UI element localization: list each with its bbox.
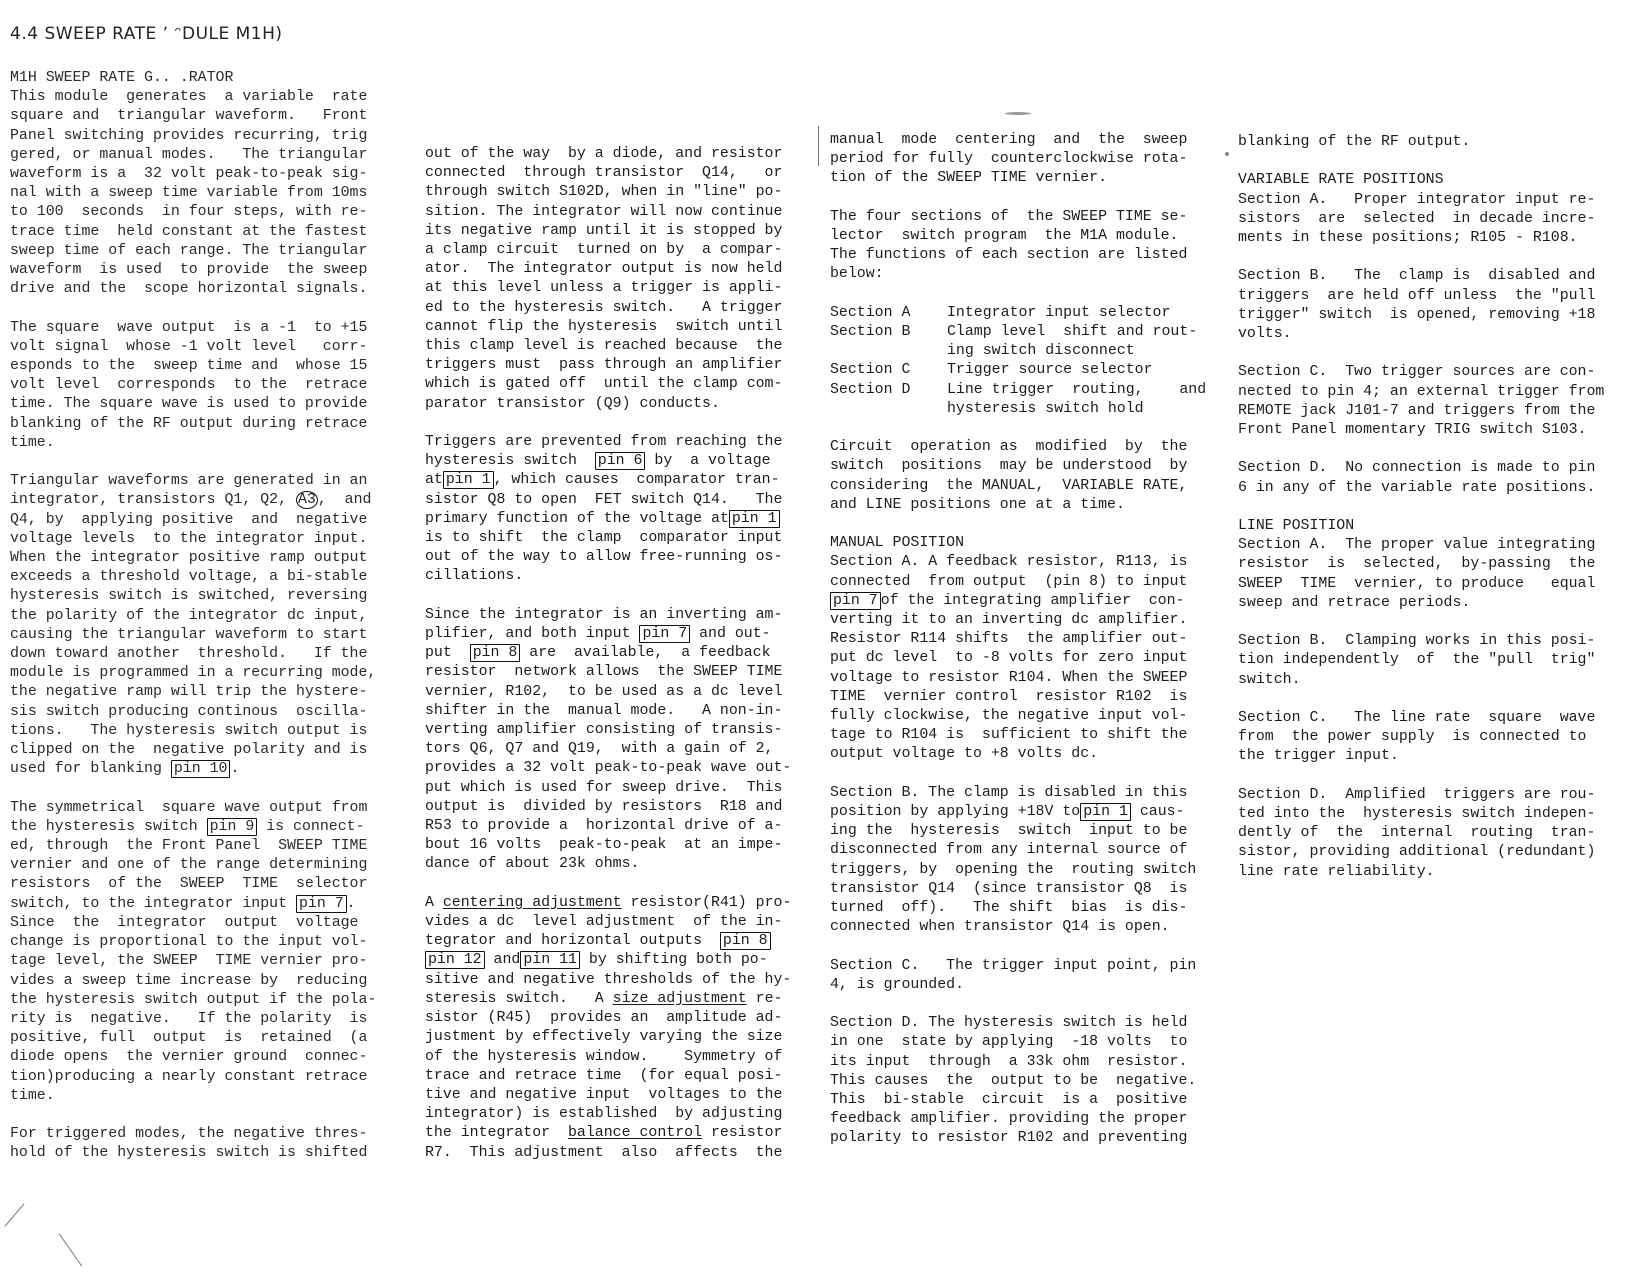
paragraph-text: Section D. The hysteresis switch is held…: [830, 1015, 1196, 1146]
paragraph: The square wave output is a -1 to +15 vo…: [10, 319, 400, 453]
paragraph: Section D. No connection is made to pin …: [1238, 459, 1633, 497]
scan-mark: [818, 126, 819, 166]
paragraph: Circuit operation as modified by the swi…: [830, 438, 1220, 515]
section-function-table: Section AIntegrator input selectorSectio…: [830, 304, 1220, 419]
scan-mark: [4, 1203, 24, 1227]
paragraph-text: blanking of the RF output.: [1238, 134, 1470, 150]
pin-callout: pin 1: [1080, 803, 1131, 821]
paragraph: M1H SWEEP RATE G.. .RATORThis module gen…: [10, 69, 400, 299]
pin-callout: pin 1: [443, 471, 494, 489]
section-heading: 4.4 SWEEP RATE ʼ ᵔDULE M1H): [10, 24, 283, 44]
pin-callout: pin 7: [639, 625, 690, 643]
paragraph-text: manual mode centering and the sweep peri…: [830, 132, 1187, 186]
paragraph: Triangular waveforms are generated in an…: [10, 472, 400, 779]
paragraph: Section B. Clamping works in this posi- …: [1238, 632, 1633, 690]
paragraph: Section B. The clamp is disabled and tri…: [1238, 267, 1633, 344]
pin-callout: pin 1: [729, 510, 780, 528]
paragraph: MANUAL POSITIONSection A. A feedback res…: [830, 534, 1220, 764]
paragraph: The four sections of the SWEEP TIME se- …: [830, 208, 1220, 285]
paragraph-text: Triangular waveforms are generated in an…: [10, 473, 376, 778]
paragraph-text: Section C. The line rate square wave fro…: [1238, 710, 1595, 764]
paragraph-text: Section D. No connection is made to pin …: [1238, 460, 1595, 495]
paragraph-text: Section A. Proper integrator input re- s…: [1238, 192, 1595, 246]
paragraph-text: Section B. The clamp is disabled in this…: [830, 785, 1196, 935]
paragraph: VARIABLE RATE POSITIONSSection A. Proper…: [1238, 171, 1633, 248]
paragraph-text: The symmetrical square wave output from …: [10, 800, 376, 1104]
pin-callout: pin 9: [207, 818, 258, 836]
underlined-term: balance control: [568, 1125, 702, 1141]
paragraph-text: For triggered modes, the negative thres-…: [10, 1126, 367, 1161]
pin-callout: pin 6: [595, 452, 646, 470]
subheading: MANUAL POSITION: [830, 534, 1220, 553]
text-column-4: blanking of the RF output.VARIABLE RATE …: [1238, 133, 1633, 882]
paragraph: LINE POSITIONSection A. The proper value…: [1238, 517, 1633, 613]
paragraph-text: The four sections of the SWEEP TIME se- …: [830, 209, 1187, 283]
pin-callout: pin 7: [830, 592, 881, 610]
pin-callout: pin 11: [520, 951, 580, 969]
circled-annotation: A3: [296, 491, 318, 509]
paragraph-text: Section B. The clamp is disabled and tri…: [1238, 268, 1595, 342]
paragraph: Section C. The line rate square wave fro…: [1238, 709, 1633, 767]
text-column-1: M1H SWEEP RATE G.. .RATORThis module gen…: [10, 69, 400, 1164]
section-label: Section B: [830, 323, 947, 361]
subheading: M1H SWEEP RATE G.. .RATOR: [10, 69, 400, 88]
paragraph-text: Section A. The proper value integrating …: [1238, 537, 1595, 611]
paragraph: The symmetrical square wave output from …: [10, 799, 400, 1106]
section-function: Line trigger routing, and hysteresis swi…: [947, 381, 1220, 419]
paragraph: Section B. The clamp is disabled in this…: [830, 784, 1220, 938]
paragraph: For triggered modes, the negative thres-…: [10, 1125, 400, 1163]
scan-speck: [1225, 152, 1229, 156]
underlined-term: size adjustment: [613, 991, 747, 1007]
paragraph-text: Since the integrator is an inverting am-…: [425, 607, 791, 873]
section-label: Section A: [830, 304, 947, 323]
paragraph: Since the integrator is an inverting am-…: [425, 606, 805, 875]
section-function: Trigger source selector: [947, 361, 1220, 380]
text-column-3: manual mode centering and the sweep peri…: [830, 131, 1220, 1149]
pin-callout: pin 7: [296, 895, 347, 913]
paragraph: Section C. Two trigger sources are con- …: [1238, 363, 1633, 440]
paragraph-text: The square wave output is a -1 to +15 vo…: [10, 320, 367, 451]
paragraph: Section D. Amplified triggers are rou- t…: [1238, 786, 1633, 882]
text-column-2: out of the way by a diode, and resistor …: [425, 145, 805, 1163]
section-function: Clamp level shift and rout- ing switch d…: [947, 323, 1220, 361]
scan-mark: [59, 1233, 83, 1266]
pin-callout: pin 8: [470, 644, 521, 662]
paragraph-text: Triggers are prevented from reaching the…: [425, 434, 782, 584]
paragraph-text: Section A. A feedback resistor, R113, is…: [830, 554, 1187, 762]
paragraph-text: This module generates a variable rate sq…: [10, 89, 367, 297]
paragraph-text: A centering adjustment resistor(R41) pro…: [425, 895, 791, 1161]
paragraph: Section AIntegrator input selectorSectio…: [830, 304, 1220, 419]
paragraph: Triggers are prevented from reaching the…: [425, 433, 805, 587]
pin-callout: pin 12: [425, 951, 485, 969]
section-label: Section D: [830, 381, 947, 419]
underlined-term: centering adjustment: [443, 895, 622, 911]
pin-callout: pin 8: [720, 932, 771, 950]
section-label: Section C: [830, 361, 947, 380]
paragraph-text: out of the way by a diode, and resistor …: [425, 146, 782, 412]
paragraph-text: Section C. Two trigger sources are con- …: [1238, 364, 1604, 438]
section-function: Integrator input selector: [947, 304, 1220, 323]
pin-callout: pin 10: [171, 760, 231, 778]
paragraph-text: Section B. Clamping works in this posi- …: [1238, 633, 1595, 687]
paragraph: A centering adjustment resistor(R41) pro…: [425, 894, 805, 1163]
paragraph: blanking of the RF output.: [1238, 133, 1633, 152]
subheading: VARIABLE RATE POSITIONS: [1238, 171, 1633, 190]
scan-speck: [1005, 112, 1031, 115]
paragraph-text: Section C. The trigger input point, pin …: [830, 958, 1196, 993]
paragraph: Section D. The hysteresis switch is held…: [830, 1014, 1220, 1148]
paragraph: manual mode centering and the sweep peri…: [830, 131, 1220, 189]
subheading: LINE POSITION: [1238, 517, 1633, 536]
paragraph: Section C. The trigger input point, pin …: [830, 957, 1220, 995]
paragraph: out of the way by a diode, and resistor …: [425, 145, 805, 414]
paragraph-text: Section D. Amplified triggers are rou- t…: [1238, 787, 1595, 880]
paragraph-text: Circuit operation as modified by the swi…: [830, 439, 1187, 513]
